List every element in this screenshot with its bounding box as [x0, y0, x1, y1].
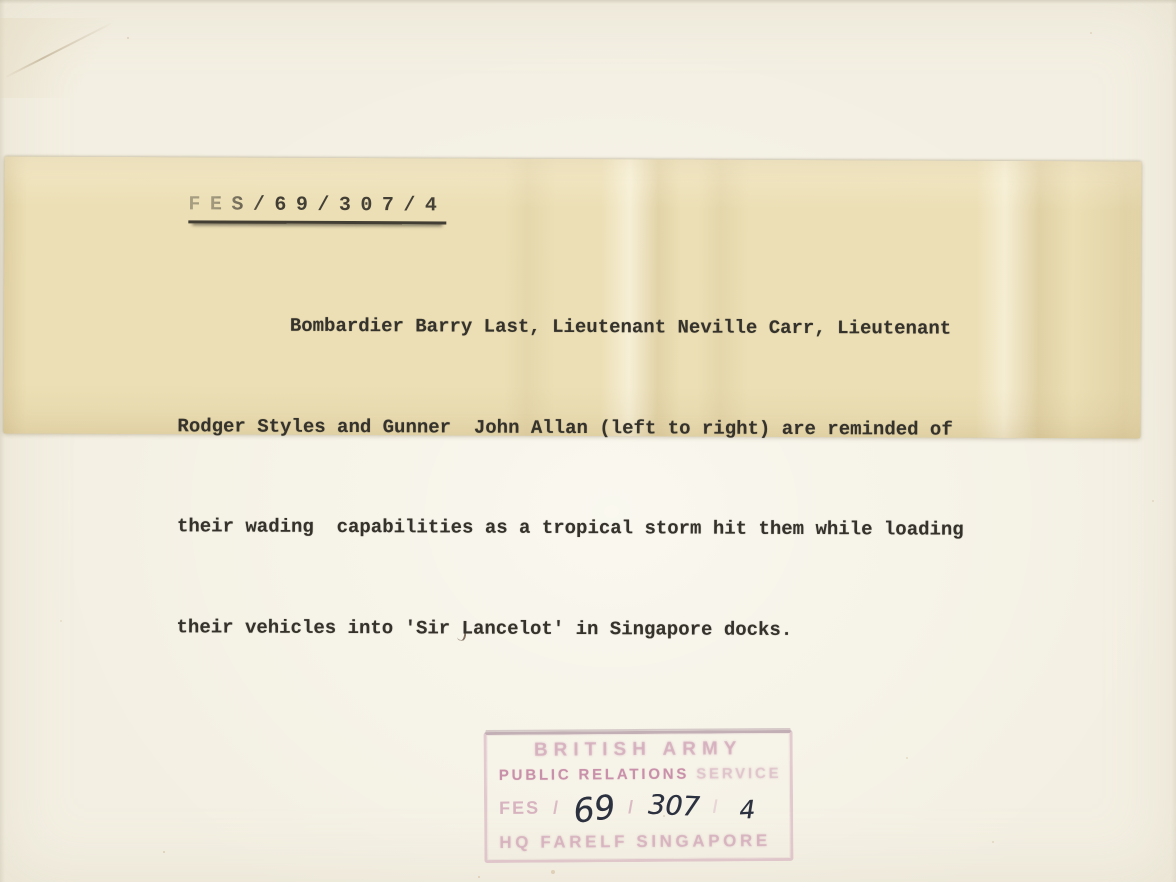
caption-line: Rodger Styles and Gunner John Allan (lef…	[177, 410, 964, 447]
stamp-text-faint: SERVICE	[696, 765, 781, 783]
handwritten-number: 69	[571, 787, 618, 831]
stamp-slash: /	[713, 796, 720, 817]
handwritten-number: 307	[647, 789, 700, 822]
army-stamp: BRITISH ARMY PUBLIC RELATIONS SERVICE FE…	[484, 730, 794, 863]
stamp-fes-prefix: FES	[499, 798, 540, 819]
stamp-slash: /	[628, 797, 635, 818]
corner-crease	[6, 23, 112, 78]
caption-text: Bombardier Barry Last, Lieutenant Nevill…	[176, 242, 965, 714]
reference-text: FES/69/307/4	[188, 193, 446, 217]
caption-line: their vehicles into 'Sir Lancelot' in Si…	[176, 611, 963, 648]
stamp-reference-row: FES / 69 / 307 / 4	[499, 786, 778, 828]
paper-specks	[0, 0, 2, 2]
caption-line: their wading capabilities as a tropical …	[177, 510, 964, 547]
caption-label: FES/69/307/4 Bombardier Barry Last, Lieu…	[3, 157, 1141, 439]
handwritten-number: 4	[738, 795, 755, 825]
stamp-line-british-army: BRITISH ARMY	[499, 738, 778, 762]
stamp-text-main: PUBLIC RELATIONS	[499, 765, 689, 783]
caption-line: Bombardier Barry Last, Lieutenant Nevill…	[178, 309, 965, 346]
stamp-line-hq-farelf: HQ FARELF SINGAPORE	[499, 831, 778, 853]
stamp-slash: /	[553, 797, 560, 818]
corner-crease-highlight	[0, 18, 150, 98]
stamp-line-public-relations: PUBLIC RELATIONS SERVICE	[499, 765, 778, 784]
reference-number: FES/69/307/4	[188, 193, 446, 224]
photo-back: FES/69/307/4 Bombardier Barry Last, Lieu…	[0, 0, 1176, 882]
